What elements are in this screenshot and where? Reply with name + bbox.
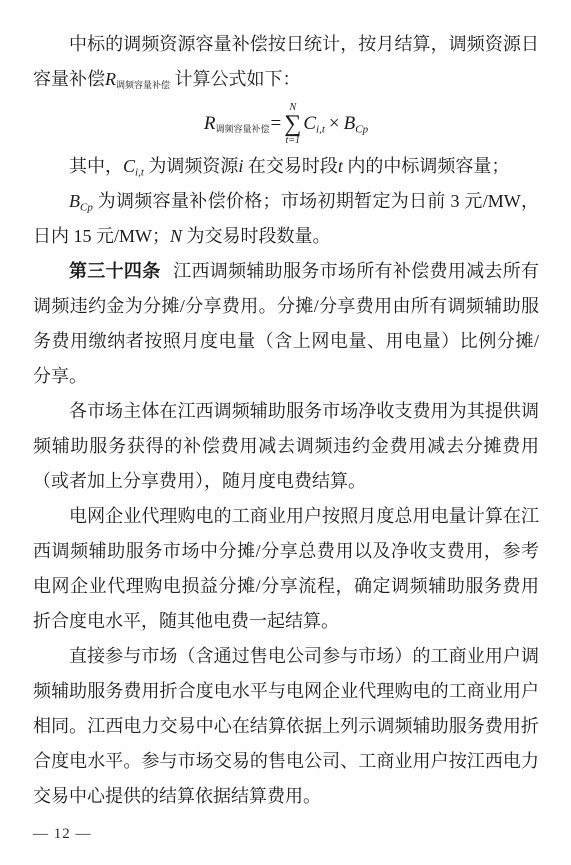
variable-base: C xyxy=(303,113,316,134)
paragraph-text: 为交易时段数量。 xyxy=(187,226,331,246)
variable-r-capacity-compensation: R调频容量补偿 xyxy=(105,69,170,89)
variable-base: R xyxy=(204,113,216,134)
variable-base: C xyxy=(123,156,135,176)
paragraph-market-entity-net-settlement: 各市场主体在江西调频辅助服务市场净收支费用为其提供调频辅助服务获得的补偿费用减去… xyxy=(33,394,539,499)
variable-base: R xyxy=(105,69,116,89)
variable-c-bid-capacity: Ci,t xyxy=(303,113,325,135)
paragraph-text: 在交易时段 xyxy=(248,156,338,176)
variable-subscript: i,t xyxy=(135,166,144,178)
variable-b-compensation-price: BCp xyxy=(344,113,368,135)
article-34-heading: 第三十四条 xyxy=(69,261,161,281)
variable-subscript: Cp xyxy=(355,123,368,135)
variable-base: B xyxy=(69,191,80,211)
formula-lhs: R调频容量补偿 xyxy=(204,113,270,135)
equals-sign: = xyxy=(271,113,282,135)
variable-t-period-index: t xyxy=(338,156,343,176)
sigma-symbol: ∑ xyxy=(284,113,301,136)
variable-i-resource-index: i xyxy=(238,156,243,176)
document-page: 中标的调频资源容量补偿按日统计，按月结算，调频资源日容量补偿R调频容量补偿 计算… xyxy=(0,0,571,814)
multiplication-sign: × xyxy=(329,113,340,135)
summation-lower-limit: t=1 xyxy=(286,135,301,146)
summation-operator: N ∑ t=1 xyxy=(284,102,301,147)
paragraph-text: 计算公式如下： xyxy=(175,69,301,89)
paragraph-grid-agency-purchase-users: 电网企业代理购电的工商业用户按照月度总用电量计算在江西调频辅助服务市场中分摊/分… xyxy=(33,499,539,639)
variable-subscript: 调频容量补偿 xyxy=(216,124,270,134)
paragraph-article-34: 第三十四条江西调频辅助服务市场所有补偿费用减去所有调频违约金为分摊/分享费用。分… xyxy=(33,254,539,394)
paragraph-text: 内的中标调频容量； xyxy=(347,156,509,176)
variable-subscript: i,t xyxy=(316,123,325,135)
variable-subscript: Cp xyxy=(80,201,93,213)
paragraph-text: 其中， xyxy=(69,156,123,176)
paragraph-text: 为调频资源 xyxy=(148,156,238,176)
paragraph-capacity-compensation-intro: 中标的调频资源容量补偿按日统计，按月结算，调频资源日容量补偿R调频容量补偿 计算… xyxy=(33,27,539,97)
paragraph-variable-c-definition: 其中，Ci,t 为调频资源i 在交易时段t 内的中标调频容量； xyxy=(33,149,539,184)
formula-capacity-compensation: R调频容量补偿 = N ∑ t=1 Ci,t × BCp xyxy=(33,100,539,148)
paragraph-direct-market-participants: 直接参与市场（含通过售电公司参与市场）的工商业用户调频辅助服务费用折合度电水平与… xyxy=(33,639,539,814)
variable-n-period-count: N xyxy=(170,226,182,246)
page-number: — 12 — xyxy=(33,826,92,843)
variable-base: B xyxy=(344,113,356,134)
variable-c-bid-capacity: Ci,t xyxy=(123,156,144,176)
paragraph-variable-b-definition: BCp 为调频容量补偿价格；市场初期暂定为日前 3 元/MW，日内 15 元/M… xyxy=(33,184,539,254)
variable-subscript: 调频容量补偿 xyxy=(116,80,170,90)
variable-b-compensation-price: BCp xyxy=(69,191,93,211)
